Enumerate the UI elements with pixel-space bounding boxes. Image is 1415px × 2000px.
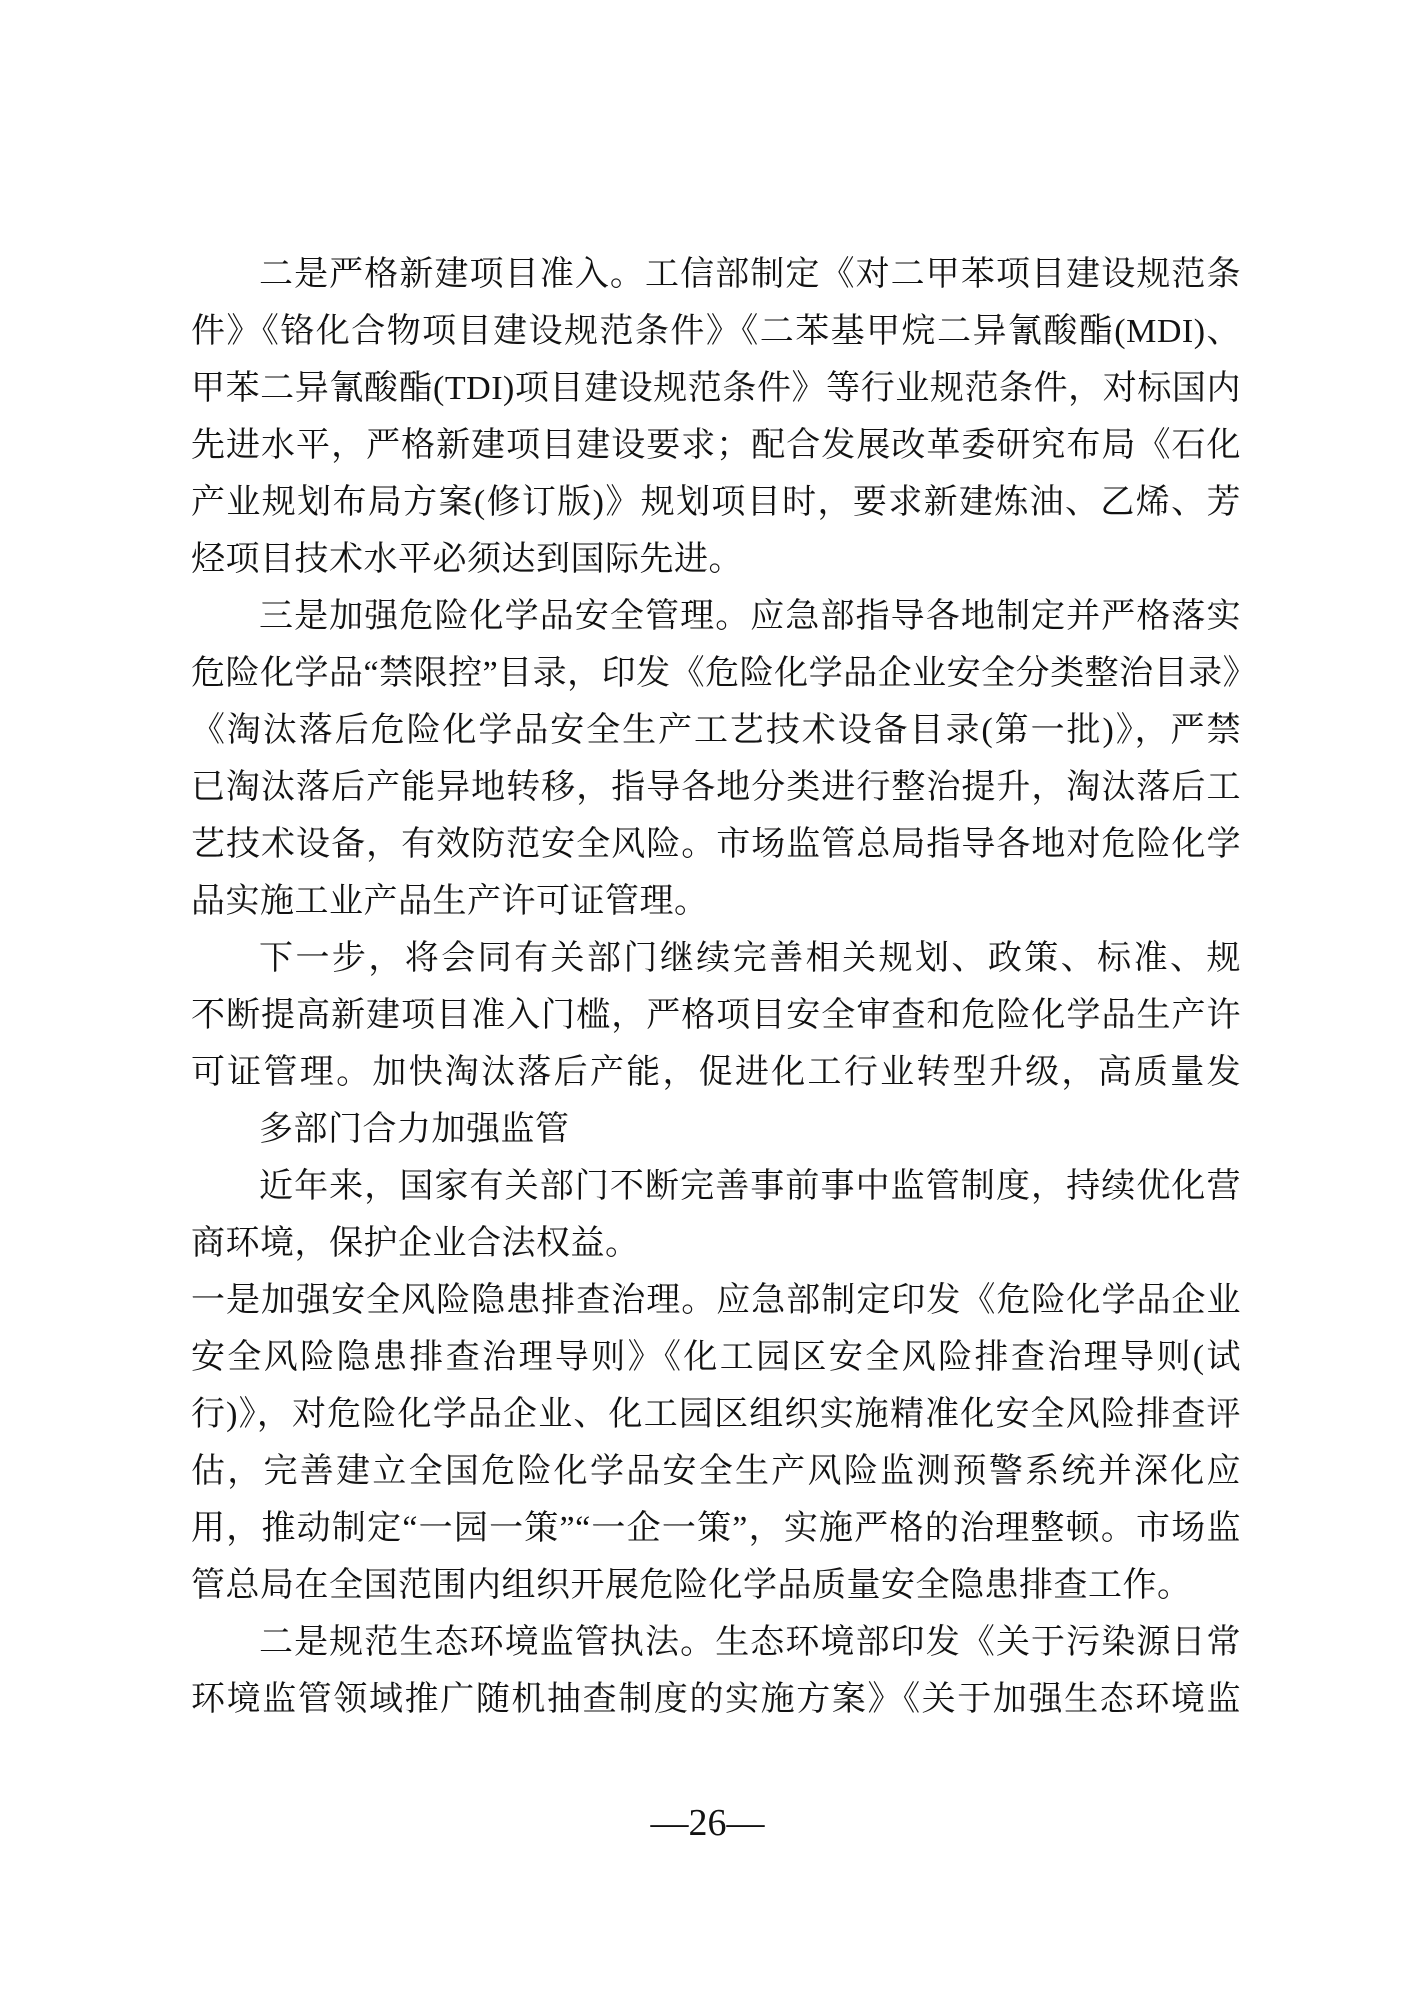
text-line: 三是加强危险化学品安全管理。应急部指导各地制定并严格落实 xyxy=(191,588,1241,645)
text-line: 近年来，国家有关部门不断完善事前事中监管制度，持续优化营 xyxy=(191,1158,1241,1215)
text-line: 不断提高新建项目准入门槛，严格项目安全审查和危险化学品生产许 xyxy=(191,987,1241,1044)
text-line: 甲苯二异氰酸酯(TDI)项目建设规范条件》等行业规范条件，对标国内 xyxy=(191,360,1241,417)
text-line: 行)》，对危险化学品企业、化工园区组织实施精准化安全风险排查评 xyxy=(191,1386,1241,1443)
text-line: 艺技术设备，有效防范安全风险。市场监管总局指导各地对危险化学 xyxy=(191,816,1241,873)
text-line: 多部门合力加强监管 xyxy=(191,1101,1241,1158)
text-line: 估，完善建立全国危险化学品安全生产风险监测预警系统并深化应 xyxy=(191,1443,1241,1500)
text-line: 《淘汰落后危险化学品安全生产工艺技术设备目录(第一批)》，严禁 xyxy=(191,702,1241,759)
text-line: 用，推动制定“一园一策”“一企一策”，实施严格的治理整顿。市场监 xyxy=(191,1500,1241,1557)
text-line: 先进水平，严格新建项目建设要求；配合发展改革委研究布局《石化 xyxy=(191,417,1241,474)
text-line: 安全风险隐患排查治理导则》《化工园区安全风险排查治理导则(试 xyxy=(191,1329,1241,1386)
text-line: 已淘汰落后产能异地转移，指导各地分类进行整治提升，淘汰落后工 xyxy=(191,759,1241,816)
text-line: 危险化学品“禁限控”目录，印发《危险化学品企业安全分类整治目录》 xyxy=(191,645,1241,702)
text-line: 二是严格新建项目准入。工信部制定《对二甲苯项目建设规范条 xyxy=(191,246,1241,303)
text-line: 一是加强安全风险隐患排查治理。应急部制定印发《危险化学品企业 xyxy=(191,1272,1241,1329)
body-text: 二是严格新建项目准入。工信部制定《对二甲苯项目建设规范条件》《铬化合物项目建设规… xyxy=(191,246,1241,1728)
text-line: 下一步，将会同有关部门继续完善相关规划、政策、标准、规范， xyxy=(191,930,1241,987)
page-number: —26— xyxy=(0,1800,1415,1846)
text-line: 可证管理。加快淘汰落后产能，促进化工行业转型升级，高质量发展。 xyxy=(191,1044,1241,1101)
text-line: 二是规范生态环境监管执法。生态环境部印发《关于污染源日常 xyxy=(191,1614,1241,1671)
text-line: 品实施工业产品生产许可证管理。 xyxy=(191,873,1241,930)
text-line: 件》《铬化合物项目建设规范条件》《二苯基甲烷二异氰酸酯(MDI)、 xyxy=(191,303,1241,360)
text-line: 商环境，保护企业合法权益。 xyxy=(191,1215,1241,1272)
text-line: 产业规划布局方案(修订版)》规划项目时，要求新建炼油、乙烯、芳 xyxy=(191,474,1241,531)
document-page: 二是严格新建项目准入。工信部制定《对二甲苯项目建设规范条件》《铬化合物项目建设规… xyxy=(0,0,1415,2000)
text-line: 环境监管领域推广随机抽查制度的实施方案》《关于加强生态环境监 xyxy=(191,1671,1241,1728)
text-line: 管总局在全国范围内组织开展危险化学品质量安全隐患排查工作。 xyxy=(191,1557,1241,1614)
text-line: 烃项目技术水平必须达到国际先进。 xyxy=(191,531,1241,588)
